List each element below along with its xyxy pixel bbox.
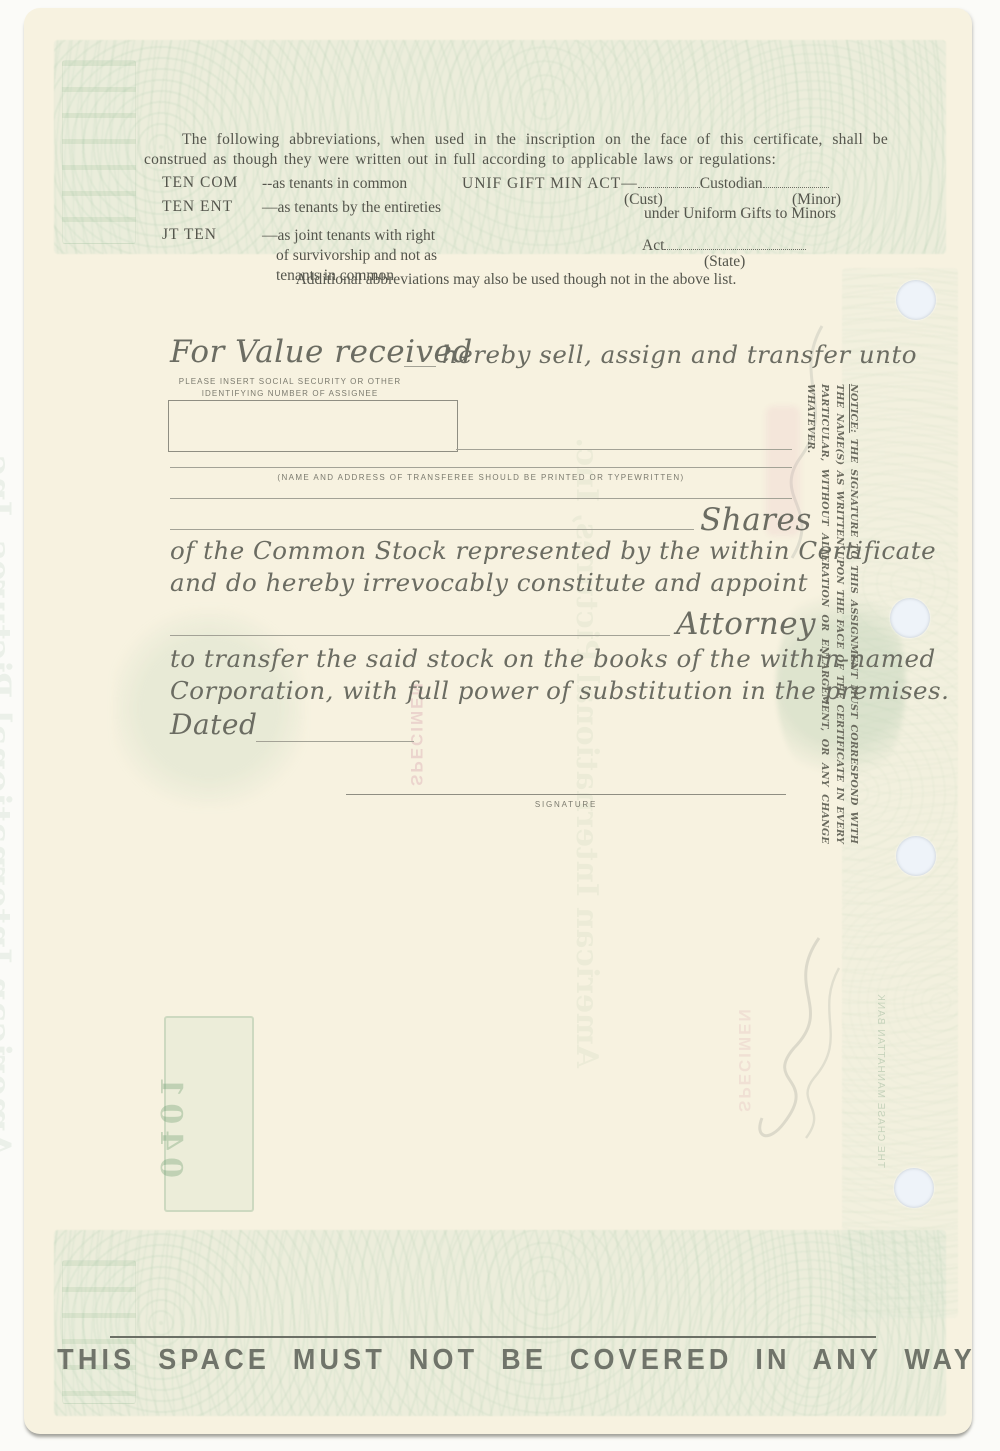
- ghost-pencil-signature: [724, 928, 874, 1158]
- ghost-serial-box: 0401: [164, 1016, 254, 1212]
- denomination-bars-bottom: [62, 1260, 136, 1404]
- uniform-gifts-note: under Uniform Gifts to Minors: [644, 204, 836, 224]
- dated-fill-line: [256, 741, 414, 742]
- scanned-certificate-back: American International Pictures, Inc. Am…: [0, 0, 1000, 1451]
- jt-ten-line-1: —as joint tenants with right: [262, 226, 437, 246]
- punch-hole-3: [896, 836, 936, 876]
- abbrev-def-ten-ent: —as tenants by the entireties: [262, 198, 441, 218]
- denomination-bars-top: [62, 60, 136, 244]
- attorney-script: Attorney: [676, 606, 816, 642]
- footer-warning: THIS SPACE MUST NOT BE COVERED IN ANY WA…: [57, 1344, 939, 1377]
- ghost-bank-name: THE CHASE MANHATTAN BANK: [875, 993, 886, 1168]
- fill-line-name: [404, 366, 436, 367]
- act-label: Act: [642, 237, 664, 254]
- ghost-serial-text: 0401: [153, 1071, 188, 1179]
- ghost-company-title-text2: American International Pictures, Inc.: [569, 437, 604, 1068]
- signature-line: [346, 794, 786, 795]
- abbrev-term-ten-com: TEN COM: [162, 174, 238, 192]
- dotted-leader-cust: [638, 176, 700, 188]
- appoint-script: and do hereby irrevocably constitute and…: [170, 568, 808, 597]
- hereby-sell-script: hereby sell, assign and transfer unto: [442, 340, 917, 369]
- notice-body: THE SIGNATURE TO THIS ASSIGNMENT MUST CO…: [805, 384, 859, 844]
- ghost-company-title-text: American International Pictures, Inc.: [0, 443, 18, 1158]
- ssn-box: [168, 400, 458, 452]
- additional-abbrev-note: Additional abbreviations may also be use…: [144, 270, 888, 290]
- abbreviations-intro: The following abbreviations, when used i…: [144, 130, 888, 170]
- abbrev-term-ten-ent: TEN ENT: [162, 198, 233, 216]
- notice-prefix: NOTICE:: [848, 384, 859, 433]
- ghost-company-title-center: American International Pictures, Inc.: [569, 437, 604, 1068]
- state-caption: (State): [704, 252, 745, 272]
- jt-ten-line-2: of survivorship and not as: [262, 246, 437, 266]
- notice-vertical: NOTICE: THE SIGNATURE TO THIS ASSIGNMENT…: [803, 384, 860, 844]
- ghost-serial-number: 0401: [153, 1071, 188, 1179]
- fill-line-transferee-1: [170, 467, 792, 468]
- ssn-instruction-line2: IDENTIFYING NUMBER OF ASSIGNEE: [170, 389, 410, 398]
- punch-hole-1: [896, 280, 936, 320]
- dotted-leader-minor: [763, 176, 829, 188]
- unif-gift-label: UNIF GIFT MIN ACT—: [462, 175, 638, 192]
- punch-hole-4: [894, 1168, 934, 1208]
- footer-rule: [110, 1336, 876, 1338]
- custodian-label: Custodian: [700, 175, 763, 192]
- signature-label: SIGNATURE: [346, 800, 786, 809]
- punch-hole-2: [890, 598, 930, 638]
- paper-sheet: American International Pictures, Inc. Am…: [24, 8, 972, 1434]
- ghost-specimen-stamp-2: SPECIMEN: [734, 1007, 754, 1112]
- abbrev-term-jt-ten: JT TEN: [162, 226, 217, 244]
- dotted-leader-state: [664, 238, 806, 250]
- guilloche-band-bottom: [54, 1230, 946, 1416]
- for-value-script: For Value received: [170, 334, 473, 370]
- ghost-company-title-left: American International Pictures, Inc.: [0, 443, 18, 1158]
- fill-line-shares: [170, 529, 694, 530]
- shares-script: Shares: [700, 502, 812, 538]
- ssn-instruction-line1: PLEASE INSERT SOCIAL SECURITY OR OTHER: [170, 377, 410, 386]
- fill-line-transferee-2: [170, 498, 792, 499]
- dated-script: Dated: [170, 708, 257, 741]
- ghost-specimen-text-2: SPECIMEN: [735, 1007, 754, 1112]
- transferee-caption: (NAME AND ADDRESS OF TRANSFEREE SHOULD B…: [170, 473, 792, 482]
- fill-line-after-box: [456, 449, 792, 450]
- abbrev-def-ten-com: --as tenants in common: [262, 174, 407, 194]
- fill-line-attorney: [170, 635, 670, 636]
- ghost-bank-name-text: THE CHASE MANHATTAN BANK: [875, 993, 886, 1168]
